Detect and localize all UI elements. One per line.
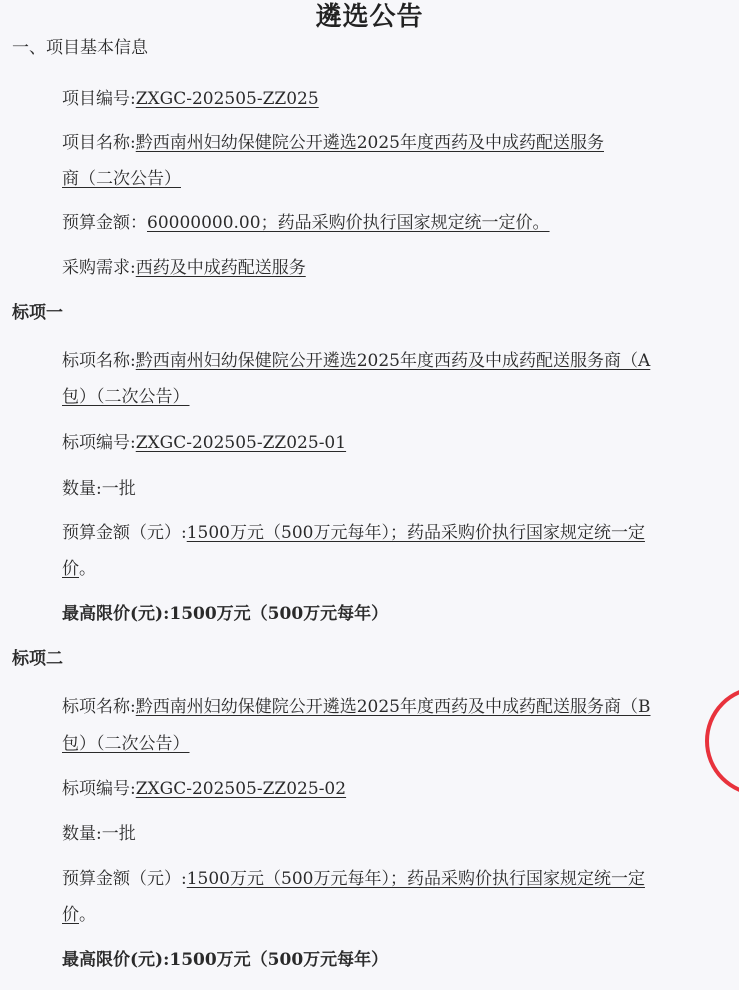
lot-2-quantity: 数量:一批: [62, 823, 136, 845]
requirement-value: 西药及中成药配送服务: [136, 258, 306, 278]
lot-1-name-value-1: 黔西南州妇幼保健院公开遴选2025年度西药及中成药配送服务商（A: [136, 351, 651, 371]
lot-1-quantity-value: 一批: [102, 479, 136, 499]
project-name: 项目名称:黔西南州妇幼保健院公开遴选2025年度西药及中成药配送服务: [62, 132, 604, 154]
lot-1-number-label: 标项编号:: [62, 433, 136, 453]
lot-1-quantity: 数量:一批: [62, 478, 136, 500]
lot-1-budget-end: 。: [79, 559, 96, 579]
lot-2-budget-value-2: 价: [62, 905, 79, 925]
lot-1-number-value: ZXGC-202505-ZZ025-01: [136, 433, 346, 453]
lot-1-heading: 标项一: [12, 302, 63, 324]
requirement: 采购需求:西药及中成药配送服务: [62, 257, 306, 279]
lot-1-quantity-label: 数量:: [62, 479, 102, 499]
lot-2-budget-label: 预算金额（元）:: [62, 869, 187, 889]
document-title: 遴选公告: [0, 0, 739, 34]
lot-2-name-cont: 包）（二次公告）: [62, 733, 190, 755]
lot-2-quantity-value: 一批: [102, 824, 136, 844]
lot-2-name-label: 标项名称:: [62, 697, 136, 717]
lot-2-quantity-label: 数量:: [62, 824, 102, 844]
project-name-value-2: 商（二次公告）: [62, 169, 181, 189]
lot-2-budget-cont: 价。: [62, 904, 96, 926]
project-name-cont: 商（二次公告）: [62, 168, 181, 190]
project-name-label: 项目名称:: [62, 133, 136, 153]
project-number: 项目编号:ZXGC-202505-ZZ025: [62, 88, 319, 110]
lot-2-budget-value-1: 1500万元（500万元每年）；药品采购价执行国家规定统一定: [187, 869, 645, 889]
project-name-value-1: 黔西南州妇幼保健院公开遴选2025年度西药及中成药配送服务: [136, 133, 604, 153]
budget-value: 60000000.00；药品采购价执行国家规定统一定价。: [147, 213, 550, 233]
lot-1-budget-label: 预算金额（元）:: [62, 523, 187, 543]
budget-label: 预算金额：: [62, 213, 147, 233]
lot-2-name: 标项名称:黔西南州妇幼保健院公开遴选2025年度西药及中成药配送服务商（B: [62, 696, 651, 718]
section-heading: 一、项目基本信息: [12, 37, 148, 59]
project-number-value: ZXGC-202505-ZZ025: [136, 89, 319, 109]
lot-1-budget-cont: 价。: [62, 558, 96, 580]
official-seal-stamp: [705, 686, 739, 796]
budget: 预算金额：60000000.00；药品采购价执行国家规定统一定价。: [62, 212, 550, 234]
lot-1-budget-value-1: 1500万元（500万元每年）；药品采购价执行国家规定统一定: [187, 523, 645, 543]
lot-1-budget-value-2: 价: [62, 559, 79, 579]
lot-2-number-label: 标项编号:: [62, 779, 136, 799]
lot-2-budget: 预算金额（元）:1500万元（500万元每年）；药品采购价执行国家规定统一定: [62, 868, 645, 890]
lot-1-name-cont: 包）（二次公告）: [62, 386, 190, 408]
lot-2-heading: 标项二: [12, 648, 63, 670]
lot-2-name-value-2: 包）（二次公告）: [62, 734, 190, 754]
lot-2-budget-end: 。: [79, 905, 96, 925]
lot-1-name-label: 标项名称:: [62, 351, 136, 371]
lot-1-max-price: 最高限价(元):1500万元（500万元每年）: [62, 603, 388, 625]
lot-1-name: 标项名称:黔西南州妇幼保健院公开遴选2025年度西药及中成药配送服务商（A: [62, 350, 650, 372]
requirement-label: 采购需求:: [62, 258, 136, 278]
lot-2-number-value: ZXGC-202505-ZZ025-02: [136, 779, 346, 799]
lot-2-number: 标项编号:ZXGC-202505-ZZ025-02: [62, 778, 346, 800]
lot-2-name-value-1: 黔西南州妇幼保健院公开遴选2025年度西药及中成药配送服务商（B: [136, 697, 651, 717]
lot-1-budget: 预算金额（元）:1500万元（500万元每年）；药品采购价执行国家规定统一定: [62, 522, 645, 544]
project-number-label: 项目编号:: [62, 89, 136, 109]
lot-1-name-value-2: 包）（二次公告）: [62, 387, 190, 407]
lot-2-max-price: 最高限价(元):1500万元（500万元每年）: [62, 949, 388, 971]
lot-1-number: 标项编号:ZXGC-202505-ZZ025-01: [62, 432, 346, 454]
